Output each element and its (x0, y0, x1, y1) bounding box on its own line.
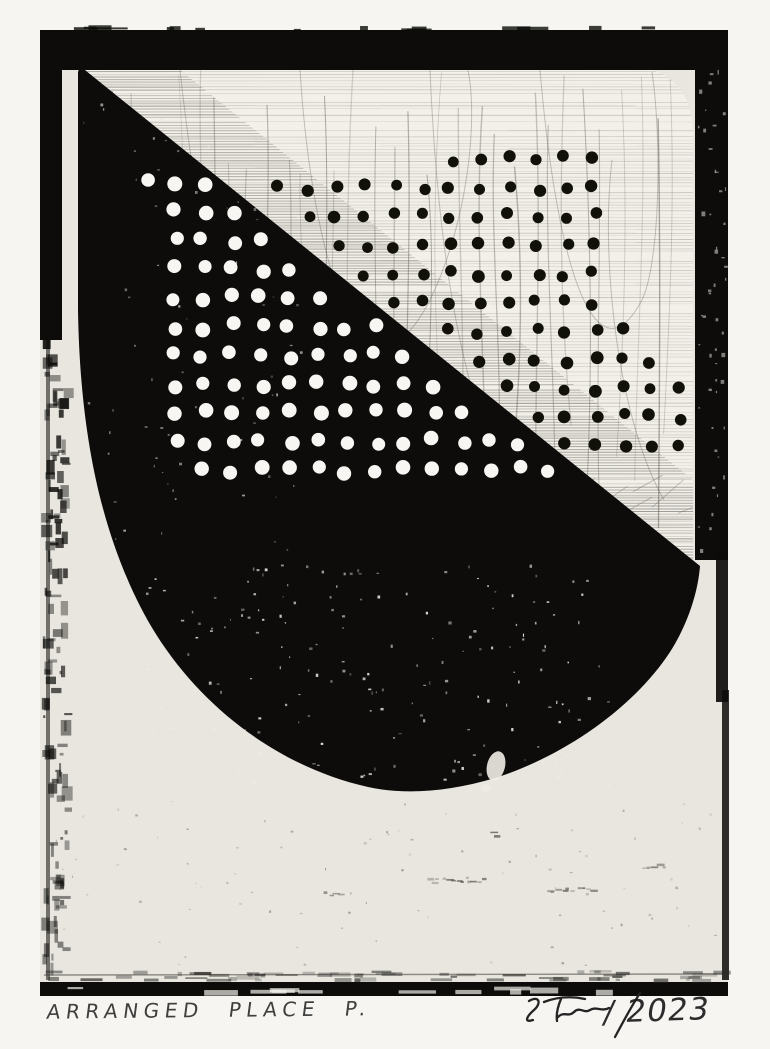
title-caption: ARRANGED PLACE P. (45, 996, 373, 1023)
print-rendering (0, 0, 770, 1049)
signature-year: / 2023 (601, 991, 713, 1031)
art-print-photo: ARRANGED PLACE P. / 2023 (0, 0, 770, 1049)
